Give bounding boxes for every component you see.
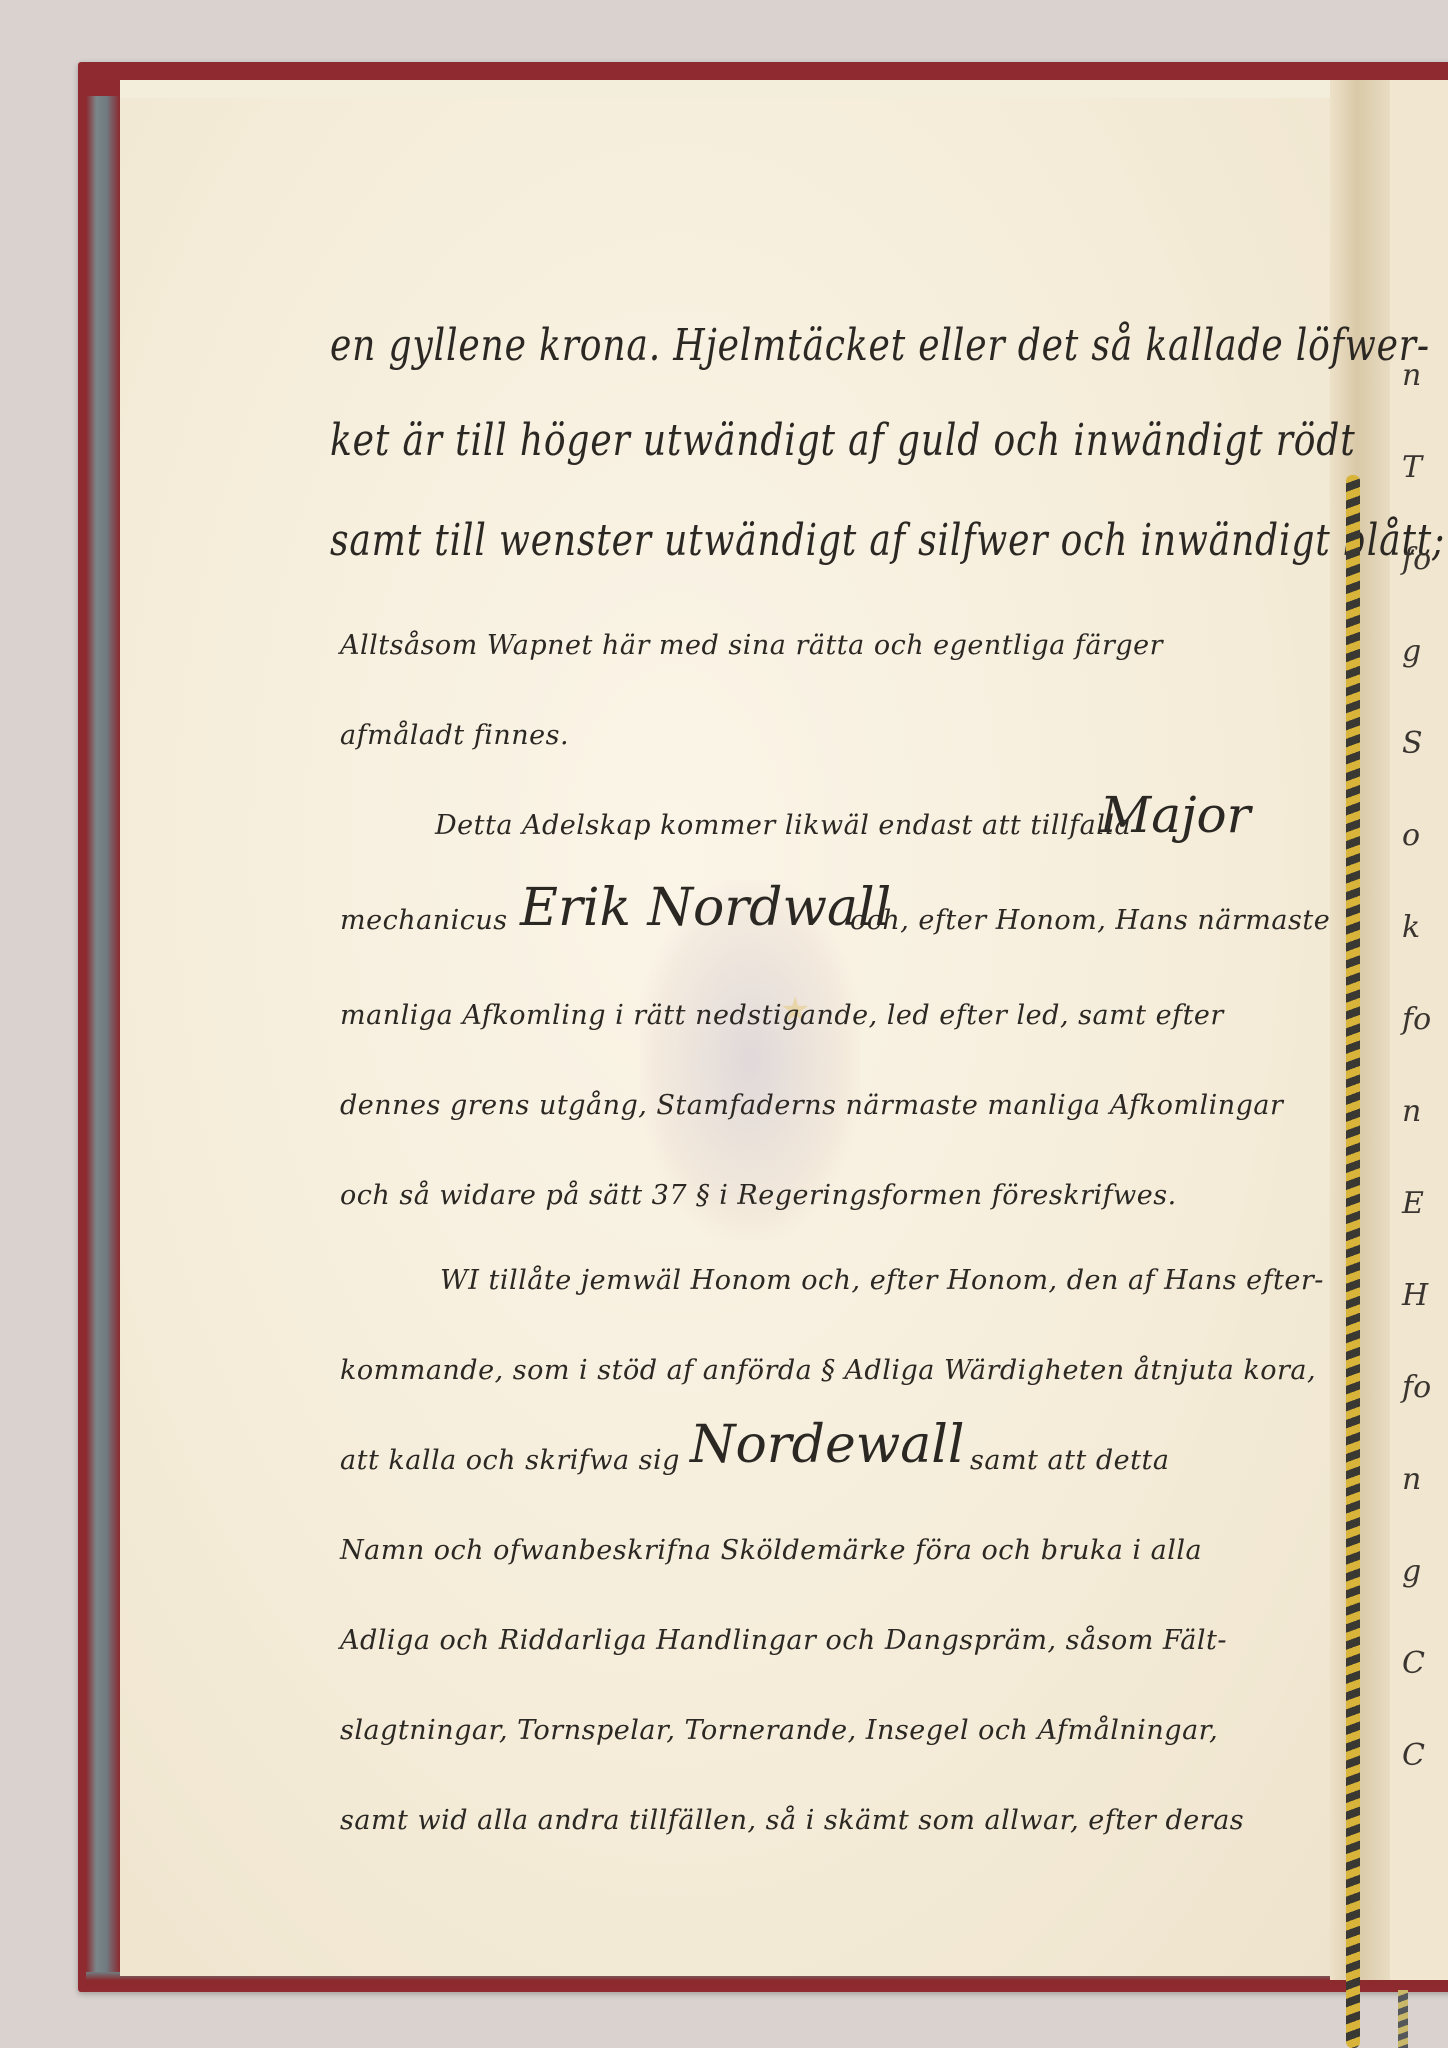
right-page-text-fragments: n T fo g S o k fo n E H fo n g C C [1402, 330, 1442, 1802]
fragment: g [1402, 606, 1442, 698]
family-name: Nordewall [690, 1415, 965, 1475]
fragment: fo [1402, 514, 1442, 606]
text-line: och så widare på sätt 37 § i Regeringsfo… [340, 1180, 1177, 1211]
fragment: H [1402, 1250, 1442, 1342]
fragment: fo [1402, 1342, 1442, 1434]
fragment: g [1402, 1526, 1442, 1618]
text-line: ket är till höger utwändigt af guld och … [330, 415, 1356, 466]
text-line: WI tillåte jemwäl Honom och, efter Honom… [440, 1265, 1324, 1296]
text-line: manliga Afkomling i rätt nedstigande, le… [340, 1000, 1224, 1031]
text-line: Alltsåsom Wapnet här med sina rätta och … [340, 630, 1163, 661]
text-line: kommande, som i stöd af anförda § Adliga… [340, 1355, 1316, 1386]
text-line: Detta Adelskap kommer likwäl endast att … [435, 810, 1131, 841]
fragment: S [1402, 698, 1442, 790]
text-line: Adliga och Riddarliga Handlingar och Dan… [340, 1625, 1227, 1656]
braided-cord-icon [1398, 1990, 1408, 2048]
fragment: C [1402, 1710, 1442, 1802]
text-line: en gyllene krona. Hjelmtäcket eller det … [330, 320, 1430, 371]
text-line: Namn och ofwanbeskrifna Sköldemärke föra… [340, 1535, 1202, 1566]
text-line: slagtningar, Tornspelar, Tornerande, Ins… [340, 1715, 1218, 1746]
text-line: afmåladt finnes. [340, 720, 569, 751]
fragment: n [1402, 1434, 1442, 1526]
fragment: n [1402, 1066, 1442, 1158]
fragment: o [1402, 790, 1442, 882]
cover-border-left [86, 96, 120, 1976]
fragment: E [1402, 1158, 1442, 1250]
fragment: n [1402, 330, 1442, 422]
text-line: dennes grens utgång, Stamfaderns närmast… [340, 1090, 1283, 1121]
fragment: k [1402, 882, 1442, 974]
text-line: och, efter Honom, Hans närmaste [850, 905, 1330, 936]
title-major: Major [1100, 786, 1251, 844]
person-name: Erik Nordwall [520, 878, 891, 938]
fragment: fo [1402, 974, 1442, 1066]
text-line: samt att detta [970, 1445, 1169, 1476]
page-top-edge [120, 80, 1352, 99]
text-line: att kalla och skrifwa sig [340, 1445, 680, 1476]
text-line: mechanicus [340, 905, 508, 936]
text-line: samt till wenster utwändigt af silfwer o… [330, 515, 1445, 566]
fragment: T [1402, 422, 1442, 514]
fragment: C [1402, 1618, 1442, 1710]
braided-cord-icon [1346, 475, 1360, 2048]
text-line: samt wid alla andra tillfällen, så i skä… [340, 1805, 1244, 1836]
